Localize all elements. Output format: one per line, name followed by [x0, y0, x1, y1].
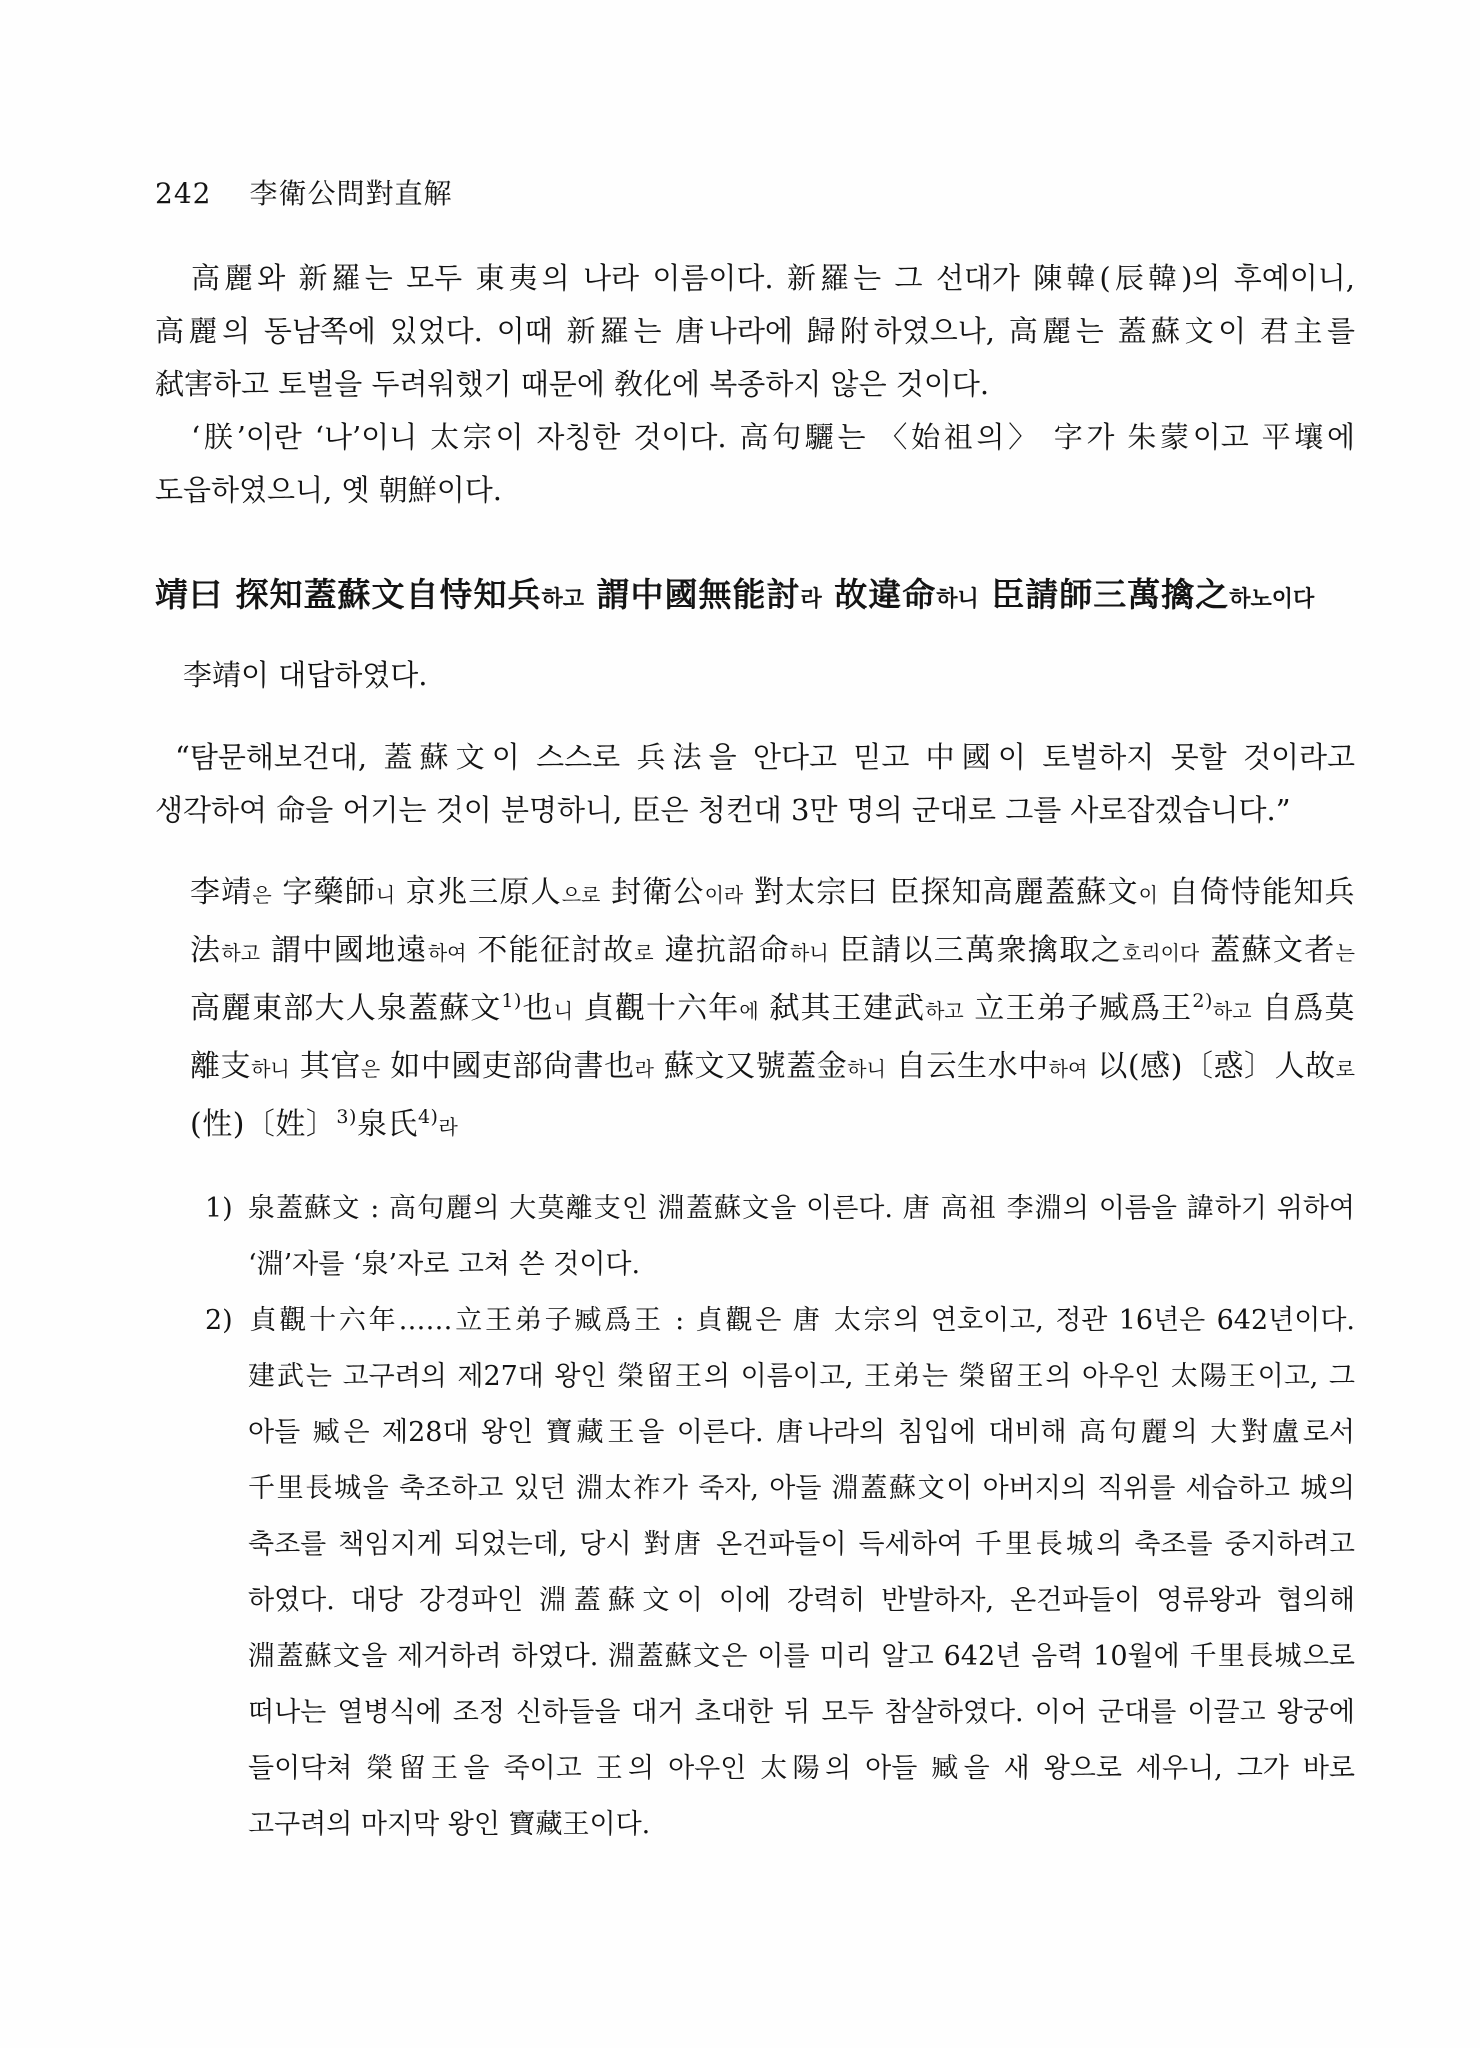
korean-particle: 하니 [790, 941, 829, 965]
classical-text-run: 立王弟子臧爲王 [964, 991, 1193, 1026]
classical-text-run: 高麗東部大人泉蓋蘇文 [190, 991, 501, 1026]
classical-text-run: 李靖 [190, 875, 252, 910]
classical-annotation-block: 李靖은 字藥師니 京兆三原人으로 封衛公이라 對太宗曰 臣探知高麗蓋蘇文이 自倚… [155, 865, 1355, 1155]
classical-text-run: 臣請師三萬擒之 [979, 575, 1230, 614]
running-head: 242李衛公問對直解 [155, 172, 1355, 212]
korean-particle: 로 [634, 941, 653, 965]
korean-particle: 이 [1139, 883, 1158, 907]
classical-text-run: 如中國吏部尙書也 [380, 1049, 634, 1084]
page-content: 242李衛公問對直解 高麗와 新羅는 모두 東夷의 나라 이름이다. 新羅는 그… [155, 172, 1355, 1853]
classical-text-run: 以(感)〔惑〕人故 [1087, 1049, 1335, 1084]
classical-text-run: 其官 [290, 1049, 361, 1084]
footnote-reference-superscript: 1) [501, 990, 522, 1012]
korean-particle: 로 [1336, 1057, 1355, 1081]
commentary-paragraph-1: 高麗와 新羅는 모두 東夷의 나라 이름이다. 新羅는 그 선대가 陳韓(辰韓)… [155, 252, 1355, 411]
footnote-reference-superscript: 3) [336, 1106, 357, 1128]
classical-text-run: 封衛公 [600, 875, 704, 910]
footnote-2-text: 貞觀十六年……立王弟子臧爲王 : 貞觀은 唐 太宗의 연호이고, 정관 16년은… [247, 1305, 1355, 1840]
korean-particle: 하고 [925, 999, 964, 1023]
korean-particle: 하니 [936, 586, 979, 612]
footnote-1-marker: 1) [205, 1193, 233, 1224]
classical-text-run: 臣請以三萬衆擒取之 [829, 933, 1122, 968]
korean-particle: 니 [376, 883, 395, 907]
footnote-1-text: 泉蓋蘇文 : 高句麗의 大莫離支인 淵蓋蘇文을 이른다. 唐 高祖 李淵의 이름… [247, 1193, 1355, 1280]
korean-particle: 하여 [428, 941, 467, 965]
classical-text-run: 京兆三原人 [395, 875, 562, 910]
classical-text-run: 弑其王建武 [759, 991, 925, 1026]
classical-text-run: 故違命 [822, 575, 937, 614]
translation-body: “탐문해보건대, 蓋蘇文이 스스로 兵法을 안다고 믿고 中國이 토벌하지 못할… [155, 731, 1355, 837]
korean-particle: 에 [739, 999, 758, 1023]
korean-particle: 하니 [251, 1057, 290, 1081]
korean-particle: 은 [361, 1057, 380, 1081]
classical-text-run: 謂中國地遠 [260, 933, 428, 968]
korean-particle: 하노이다 [1229, 586, 1314, 612]
page-number: 242 [155, 177, 211, 210]
classical-text-run: 靖曰 探知蓋蘇文自恃知兵 [155, 575, 542, 614]
korean-particle: 은 [252, 883, 271, 907]
classical-text-run: 自云生水中 [886, 1049, 1049, 1084]
classical-text-run: 字藥師 [272, 875, 376, 910]
korean-particle: 호리이다 [1122, 941, 1199, 965]
korean-particle: 하고 [221, 941, 260, 965]
classical-text-run: 蓋蘇文者 [1199, 933, 1335, 968]
classical-text-run: 不能征討故 [466, 933, 634, 968]
scanned-book-page: 242李衛公問對直解 高麗와 新羅는 모두 東夷의 나라 이름이다. 新羅는 그… [0, 0, 1480, 2048]
korean-particle: 하고 [1213, 999, 1252, 1023]
footnote-2: 2)貞觀十六年……立王弟子臧爲王 : 貞觀은 唐 太宗의 연호이고, 정관 16… [155, 1293, 1355, 1853]
footnote-2-marker: 2) [205, 1305, 233, 1336]
korean-particle: 라 [635, 1057, 654, 1081]
korean-particle: 하고 [542, 586, 585, 612]
classical-text-run: 對太宗曰 臣探知高麗蓋蘇文 [743, 875, 1138, 910]
classical-text-run: 蘇文又號蓋金 [654, 1049, 847, 1084]
korean-particle: 으로 [562, 883, 601, 907]
korean-particle: 는 [1336, 941, 1355, 965]
classical-text-run: 也 [522, 991, 554, 1026]
korean-particle: 라 [438, 1115, 457, 1139]
commentary-paragraph-2: ‘朕’이란 ‘나’이니 太宗이 자칭한 것이다. 高句驪는 〈始祖의〉 字가 朱… [155, 411, 1355, 517]
footnote-reference-superscript: 4) [418, 1106, 439, 1128]
section-heading-classical: 靖曰 探知蓋蘇文自恃知兵하고 謂中國無能討라 故違命하니 臣請師三萬擒之하노이다 [155, 561, 1355, 633]
footnotes-section: 1)泉蓋蘇文 : 高句麗의 大莫離支인 淵蓋蘇文을 이른다. 唐 高祖 李淵의 … [155, 1181, 1355, 1853]
classical-text-run: 泉氏 [357, 1107, 418, 1142]
footnote-1: 1)泉蓋蘇文 : 高句麗의 大莫離支인 淵蓋蘇文을 이른다. 唐 高祖 李淵의 … [155, 1181, 1355, 1293]
book-title: 李衛公問對直解 [249, 177, 452, 210]
korean-particle: 하여 [1049, 1057, 1088, 1081]
footnote-reference-superscript: 2) [1192, 990, 1213, 1012]
classical-text-run: (性)〔姓〕 [190, 1107, 336, 1142]
translation-intro: 李靖이 대답하였다. [155, 649, 1355, 702]
classical-text-run: 謂中國無能討 [584, 575, 801, 614]
korean-particle: 라 [801, 586, 822, 612]
classical-text-run: 貞觀十六年 [573, 991, 739, 1026]
korean-particle: 이라 [705, 883, 744, 907]
korean-particle: 니 [554, 999, 573, 1023]
korean-particle: 하니 [847, 1057, 886, 1081]
classical-text-run: 違抗詔命 [654, 933, 790, 968]
